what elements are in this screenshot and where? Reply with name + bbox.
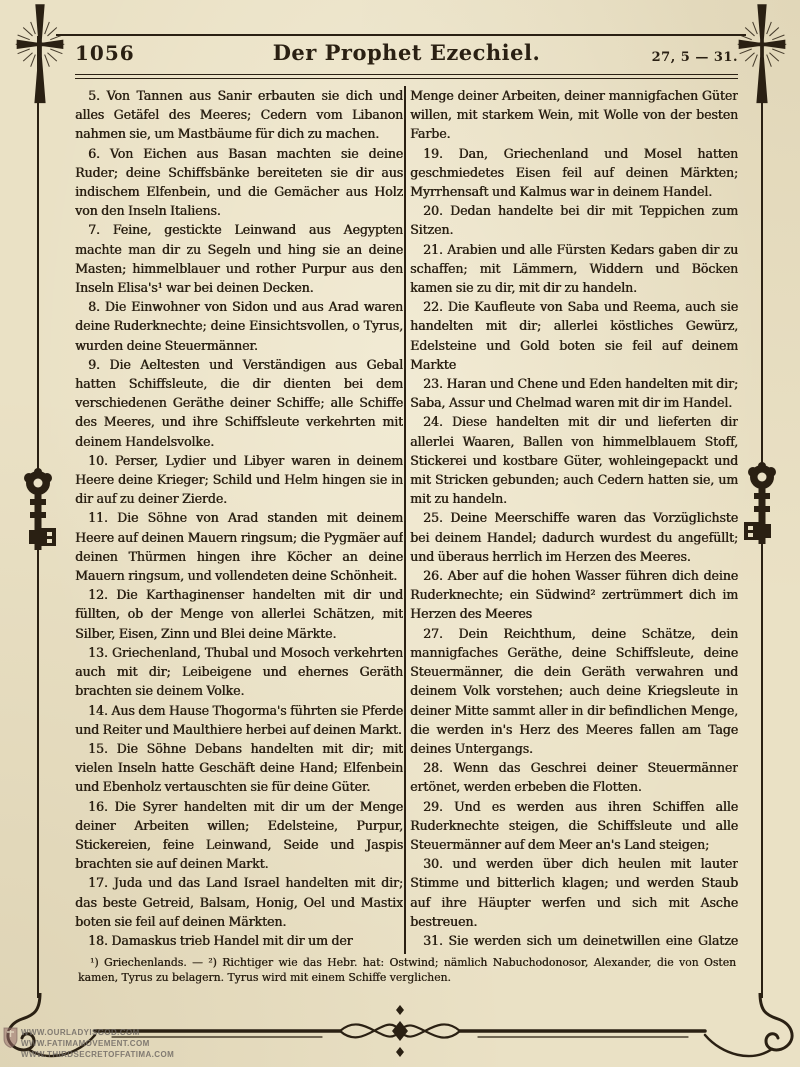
verse-paragraph: 8. Die Einwohner von Sidon und aus Arad … xyxy=(75,297,403,355)
verse-number: 21. xyxy=(423,242,447,257)
header-double-rule xyxy=(75,74,738,79)
verse-paragraph: 9. Die Aeltesten und Verständigen aus Ge… xyxy=(75,355,403,451)
cross-sunburst-icon-top-right xyxy=(734,2,790,110)
page-title: Der Prophet Ezechiel. xyxy=(273,40,541,65)
verse-number: 16. xyxy=(88,799,114,814)
verse-paragraph: 26. Aber auf die hohen Wasser führen dic… xyxy=(410,566,738,624)
verse-paragraph: 21. Arabien und alle Fürsten Kedars gabe… xyxy=(410,240,738,298)
verse-paragraph: 20. Dedan handelte bei dir mit Teppichen… xyxy=(410,201,738,239)
verse-paragraph: 16. Die Syrer handelten mit dir um der M… xyxy=(75,797,403,874)
verse-number: 22. xyxy=(423,299,448,314)
verse-number: 30. xyxy=(423,856,452,871)
key-icon-left xyxy=(16,468,60,568)
key-icon-right xyxy=(740,462,784,562)
watermark-url: WWW.FATIMAMOVEMENT.COM xyxy=(21,1038,174,1049)
watermark-url: WWW.THIRDSECRETOFFATIMA.COM xyxy=(21,1049,174,1060)
verse-paragraph: 31. Sie werden sich um deinetwillen eine… xyxy=(410,931,738,950)
verse-paragraph: 17. Juda und das Land Israel handelten m… xyxy=(75,873,403,931)
top-border-line xyxy=(56,34,746,36)
footnote: ¹) Griechenlands. — ²) Richtiger wie das… xyxy=(78,956,736,985)
verse-paragraph: 23. Haran und Chene und Eden handelten m… xyxy=(410,374,738,412)
verse-paragraph: 5. Von Tannen aus Sanir erbauten sie dic… xyxy=(75,86,403,144)
verse-number: 15. xyxy=(88,741,116,756)
verse-number: 17. xyxy=(88,875,114,890)
verse-number: 20. xyxy=(423,203,450,218)
verse-number: 13. xyxy=(88,645,112,660)
verse-paragraph: 28. Wenn das Geschrei deiner Steuermänne… xyxy=(410,758,738,796)
page-number: 1056 xyxy=(75,41,273,65)
verse-paragraph: 27. Dein Reichthum, deine Schätze, dein … xyxy=(410,624,738,758)
verse-number: 12. xyxy=(88,587,116,602)
verse-paragraph: 10. Perser, Lydier und Libyer waren in d… xyxy=(75,451,403,509)
watermark-block: WWW.OURLADYISGOD.COMWWW.FATIMAMOVEMENT.C… xyxy=(3,1027,174,1060)
verse-paragraph: 29. Und es werden aus ihren Schiffen all… xyxy=(410,797,738,855)
verse-number: 26. xyxy=(423,568,448,583)
verse-range: 27, 5 — 31. xyxy=(540,50,738,65)
watermark-url: WWW.OURLADYISGOD.COM xyxy=(21,1027,174,1038)
left-column: 5. Von Tannen aus Sanir erbauten sie dic… xyxy=(75,86,403,950)
verse-paragraph: 15. Die Söhne Debans handelten mit dir; … xyxy=(75,739,403,797)
verse-number: 5. xyxy=(88,88,106,103)
verse-paragraph: 12. Die Karthaginenser handelten mit dir… xyxy=(75,585,403,643)
verse-number: 29. xyxy=(423,799,454,814)
verse-paragraph: 13. Griechenland, Thubal und Mosoch verk… xyxy=(75,643,403,701)
verse-paragraph: 30. und werden über dich heulen mit laut… xyxy=(410,854,738,931)
verse-paragraph: 7. Feine, gestickte Leinwand aus Aegypte… xyxy=(75,220,403,297)
verse-number: 11. xyxy=(88,510,117,525)
verse-paragraph: 18. Damaskus trieb Handel mit dir um der xyxy=(75,931,403,950)
verse-number: 14. xyxy=(88,703,111,718)
verse-number: 24. xyxy=(423,414,452,429)
verse-paragraph: 24. Diese handelten mit dir und lieferte… xyxy=(410,412,738,508)
verse-number: 19. xyxy=(423,146,458,161)
shield-icon xyxy=(3,1027,18,1048)
verse-number: 6. xyxy=(88,146,110,161)
verse-paragraph: 6. Von Eichen aus Basan machten sie dein… xyxy=(75,144,403,221)
verse-paragraph: 25. Deine Meerschiffe waren das Vorzügli… xyxy=(410,508,738,566)
right-column: Menge deiner Arbeiten, deiner mannigfach… xyxy=(410,86,738,950)
verse-paragraph: 22. Die Kaufleute von Saba und Reema, au… xyxy=(410,297,738,374)
verse-paragraph: 14. Aus dem Hause Thogorma's führten sie… xyxy=(75,701,403,739)
page-header: 1056 Der Prophet Ezechiel. 27, 5 — 31. xyxy=(75,40,738,65)
verse-paragraph: 19. Dan, Griechenland und Mosel hatten g… xyxy=(410,144,738,202)
verse-number: 31. xyxy=(423,933,448,948)
verse-number: 27. xyxy=(423,626,458,641)
verse-number: 8. xyxy=(88,299,105,314)
column-divider xyxy=(404,86,406,954)
verse-number: 28. xyxy=(423,760,453,775)
watermark-urls: WWW.OURLADYISGOD.COMWWW.FATIMAMOVEMENT.C… xyxy=(21,1027,174,1060)
scanned-bible-page: { "page": { "number": "1056", "title": "… xyxy=(0,0,800,1067)
verse-number: 23. xyxy=(423,376,446,391)
verse-number: 10. xyxy=(88,453,115,468)
verse-number: 9. xyxy=(88,357,109,372)
verse-number: 18. xyxy=(88,933,111,948)
cross-sunburst-icon-top-left xyxy=(12,2,68,110)
verse-number: 7. xyxy=(88,222,113,237)
verse-paragraph: 11. Die Söhne von Arad standen mit deine… xyxy=(75,508,403,585)
verse-paragraph: Menge deiner Arbeiten, deiner mannigfach… xyxy=(410,86,738,144)
verse-number: 25. xyxy=(423,510,450,525)
